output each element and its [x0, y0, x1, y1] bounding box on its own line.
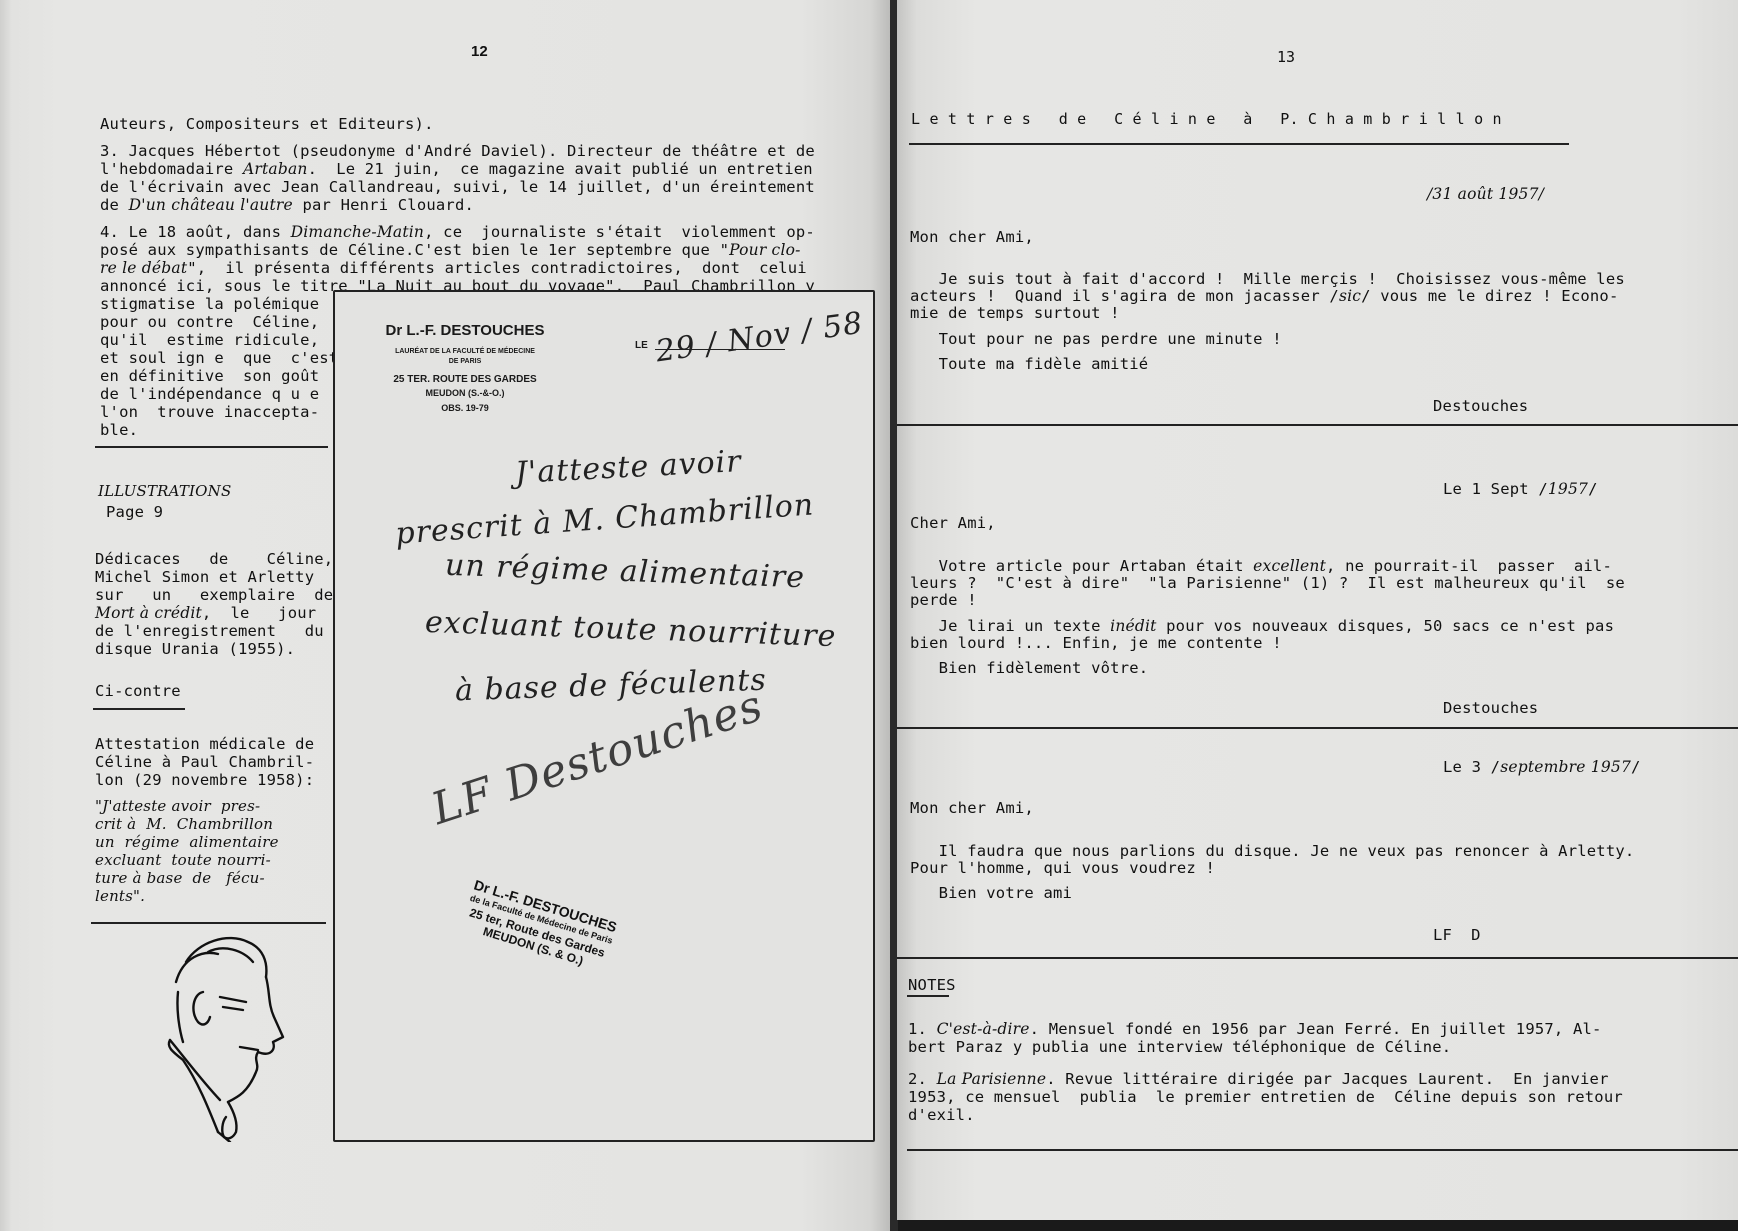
letter-salutation: Mon cher Ami,	[910, 228, 1034, 246]
handwritten-line: un régime alimentaire	[444, 548, 805, 596]
text-line: 4. Le 18 août, dans Dimanche-Matin, ce j…	[100, 223, 815, 241]
text-line: de l'écrivain avec Jean Callandreau, sui…	[100, 178, 815, 196]
text-line: qu'il estime ridicule,	[100, 331, 319, 349]
letterhead-title: LAURÉAT DE LA FACULTÉ DE MÉDECINE	[355, 348, 575, 355]
text-line: Michel Simon et Arletty	[95, 568, 314, 586]
divider	[91, 922, 326, 924]
illustrations-heading: ILLUSTRATIONS	[98, 482, 231, 500]
text-line: perde !	[910, 591, 977, 609]
text-line: Bien votre ami	[910, 884, 1072, 902]
text-line: et soul ign e que c'est	[100, 349, 338, 367]
page-number: 12	[471, 43, 488, 60]
text-line: Mort à crédit, le jour	[95, 604, 316, 622]
heading-underline	[93, 708, 185, 710]
letter-signature: LF D	[1433, 926, 1481, 944]
text-line: acteurs ! Quand il s'agira de mon jacass…	[910, 287, 1619, 305]
note-2: 2. La Parisienne. Revue littéraire dirig…	[908, 1070, 1609, 1088]
text-line: Dédicaces de Céline,	[95, 550, 333, 568]
text-line: de l'indépendance q u e	[100, 385, 319, 403]
handwritten-line: J'atteste avoir	[514, 444, 742, 491]
text-line: 3. Jacques Hébertot (pseudonyme d'André …	[100, 142, 815, 160]
text-line: Tout pour ne pas perdre une minute !	[910, 330, 1282, 348]
text-line: ture à base de fécu-	[95, 869, 265, 887]
letterhead-city: MEUDON (S.-&-O.)	[355, 388, 575, 398]
text-line: ble.	[100, 421, 138, 439]
handwritten-line: excluant toute nourriture	[425, 605, 837, 654]
letter-salutation: Mon cher Ami,	[910, 799, 1034, 817]
divider	[95, 446, 328, 448]
text-line: Céline à Paul Chambril-	[95, 753, 314, 771]
portrait-sketch-icon	[148, 932, 288, 1142]
handwritten-date: 29 / Nov / 58	[654, 306, 866, 370]
text-line: Il faudra que nous parlions du disque. J…	[910, 842, 1634, 860]
text-line: Pour l'homme, qui vous voudrez !	[910, 859, 1215, 877]
divider	[897, 727, 1738, 729]
text-line: de l'enregistrement du	[95, 622, 324, 640]
text-line: mie de temps surtout !	[910, 304, 1120, 322]
text-line: bien lourd !... Enfin, je me contente !	[910, 634, 1282, 652]
text-line: "J'atteste avoir pres-	[95, 797, 260, 815]
handwritten-line: prescrit à M. Chambrillon	[394, 487, 815, 551]
page-number: 13	[1277, 48, 1295, 66]
text-line: posé aux sympathisants de Céline.C'est b…	[100, 241, 801, 259]
doctor-stamp: Dr L.-F. DESTOUCHES de la Faculté de Méd…	[460, 878, 618, 975]
left-page: 12 Auteurs, Compositeurs et Editeurs). 3…	[0, 0, 893, 1231]
letter-salutation: Cher Ami,	[910, 514, 996, 532]
text-line: un régime alimentaire	[95, 833, 279, 851]
divider	[897, 424, 1738, 426]
text-line: lents".	[95, 887, 145, 905]
letterhead-name: Dr L.-F. DESTOUCHES	[365, 322, 565, 339]
text-line: Attestation médicale de	[95, 735, 314, 753]
note-1: 1. C'est-à-dire. Mensuel fondé en 1956 p…	[908, 1020, 1602, 1038]
text-line: Je lirai un texte inédit pour vos nouvea…	[910, 617, 1614, 635]
footnote-continuation: Auteurs, Compositeurs et Editeurs).	[100, 115, 434, 133]
title-rule	[909, 143, 1569, 145]
text-line: sur un exemplaire de	[95, 586, 333, 604]
text-line: Je suis tout à fait d'accord ! Mille mer…	[910, 270, 1625, 288]
text-line: crit à M. Chambrillon	[95, 815, 273, 833]
heading-underline	[907, 995, 949, 997]
text-line: l'hebdomadaire Artaban. Le 21 juin, ce m…	[100, 160, 813, 178]
page-title: L e t t r e s d e C é l i n e à P. C h a…	[911, 110, 1502, 128]
divider	[897, 957, 1738, 959]
letterhead-address: 25 TER. ROUTE DES GARDES	[355, 374, 575, 385]
text-line: en définitive son goût	[100, 367, 319, 385]
letter-signature: Destouches	[1433, 397, 1528, 415]
letter-date: Le 1 Sept /1957/	[1443, 480, 1598, 498]
text-line: re le débat", il présenta différents art…	[100, 259, 807, 277]
text-line: Toute ma fidèle amitié	[910, 355, 1148, 373]
note-2-cont: d'exil.	[908, 1106, 975, 1124]
text-line: l'on trouve inaccepta-	[100, 403, 319, 421]
letter-date: /31 août 1957/	[1427, 185, 1544, 203]
text-line: de D'un château l'autre par Henri Clouar…	[100, 196, 474, 214]
letter-signature: Destouches	[1443, 699, 1538, 717]
date-prefix: LE	[635, 340, 648, 351]
letterhead-title-2: DE PARIS	[355, 358, 575, 365]
text-line: disque Urania (1955).	[95, 640, 295, 658]
attestation-image: Dr L.-F. DESTOUCHES LAURÉAT DE LA FACULT…	[333, 290, 875, 1142]
divider	[907, 1149, 1738, 1151]
text-line: stigmatise la polémique	[100, 295, 319, 313]
text-line: pour ou contre Céline,	[100, 313, 319, 331]
letterhead-phone: OBS. 19-79	[355, 403, 575, 413]
text-line: Votre article pour Artaban était excelle…	[910, 557, 1612, 575]
notes-heading: NOTES	[908, 976, 956, 994]
note-2-cont: 1953, ce mensuel publia le premier entre…	[908, 1088, 1623, 1106]
text-line: leurs ? "C'est à dire" "la Parisienne" (…	[910, 574, 1625, 592]
text-line: excluant toute nourri-	[95, 851, 271, 869]
ci-contre-heading: Ci-contre	[95, 682, 181, 700]
letter-date: Le 3 /septembre 1957/	[1443, 758, 1641, 776]
illustrations-page-ref: Page 9	[106, 503, 163, 521]
right-page: 13 L e t t r e s d e C é l i n e à P. C …	[897, 0, 1738, 1220]
text-line: Bien fidèlement vôtre.	[910, 659, 1148, 677]
text-line: lon (29 novembre 1958):	[95, 771, 314, 789]
note-1-cont: bert Paraz y publia une interview téléph…	[908, 1038, 1451, 1056]
